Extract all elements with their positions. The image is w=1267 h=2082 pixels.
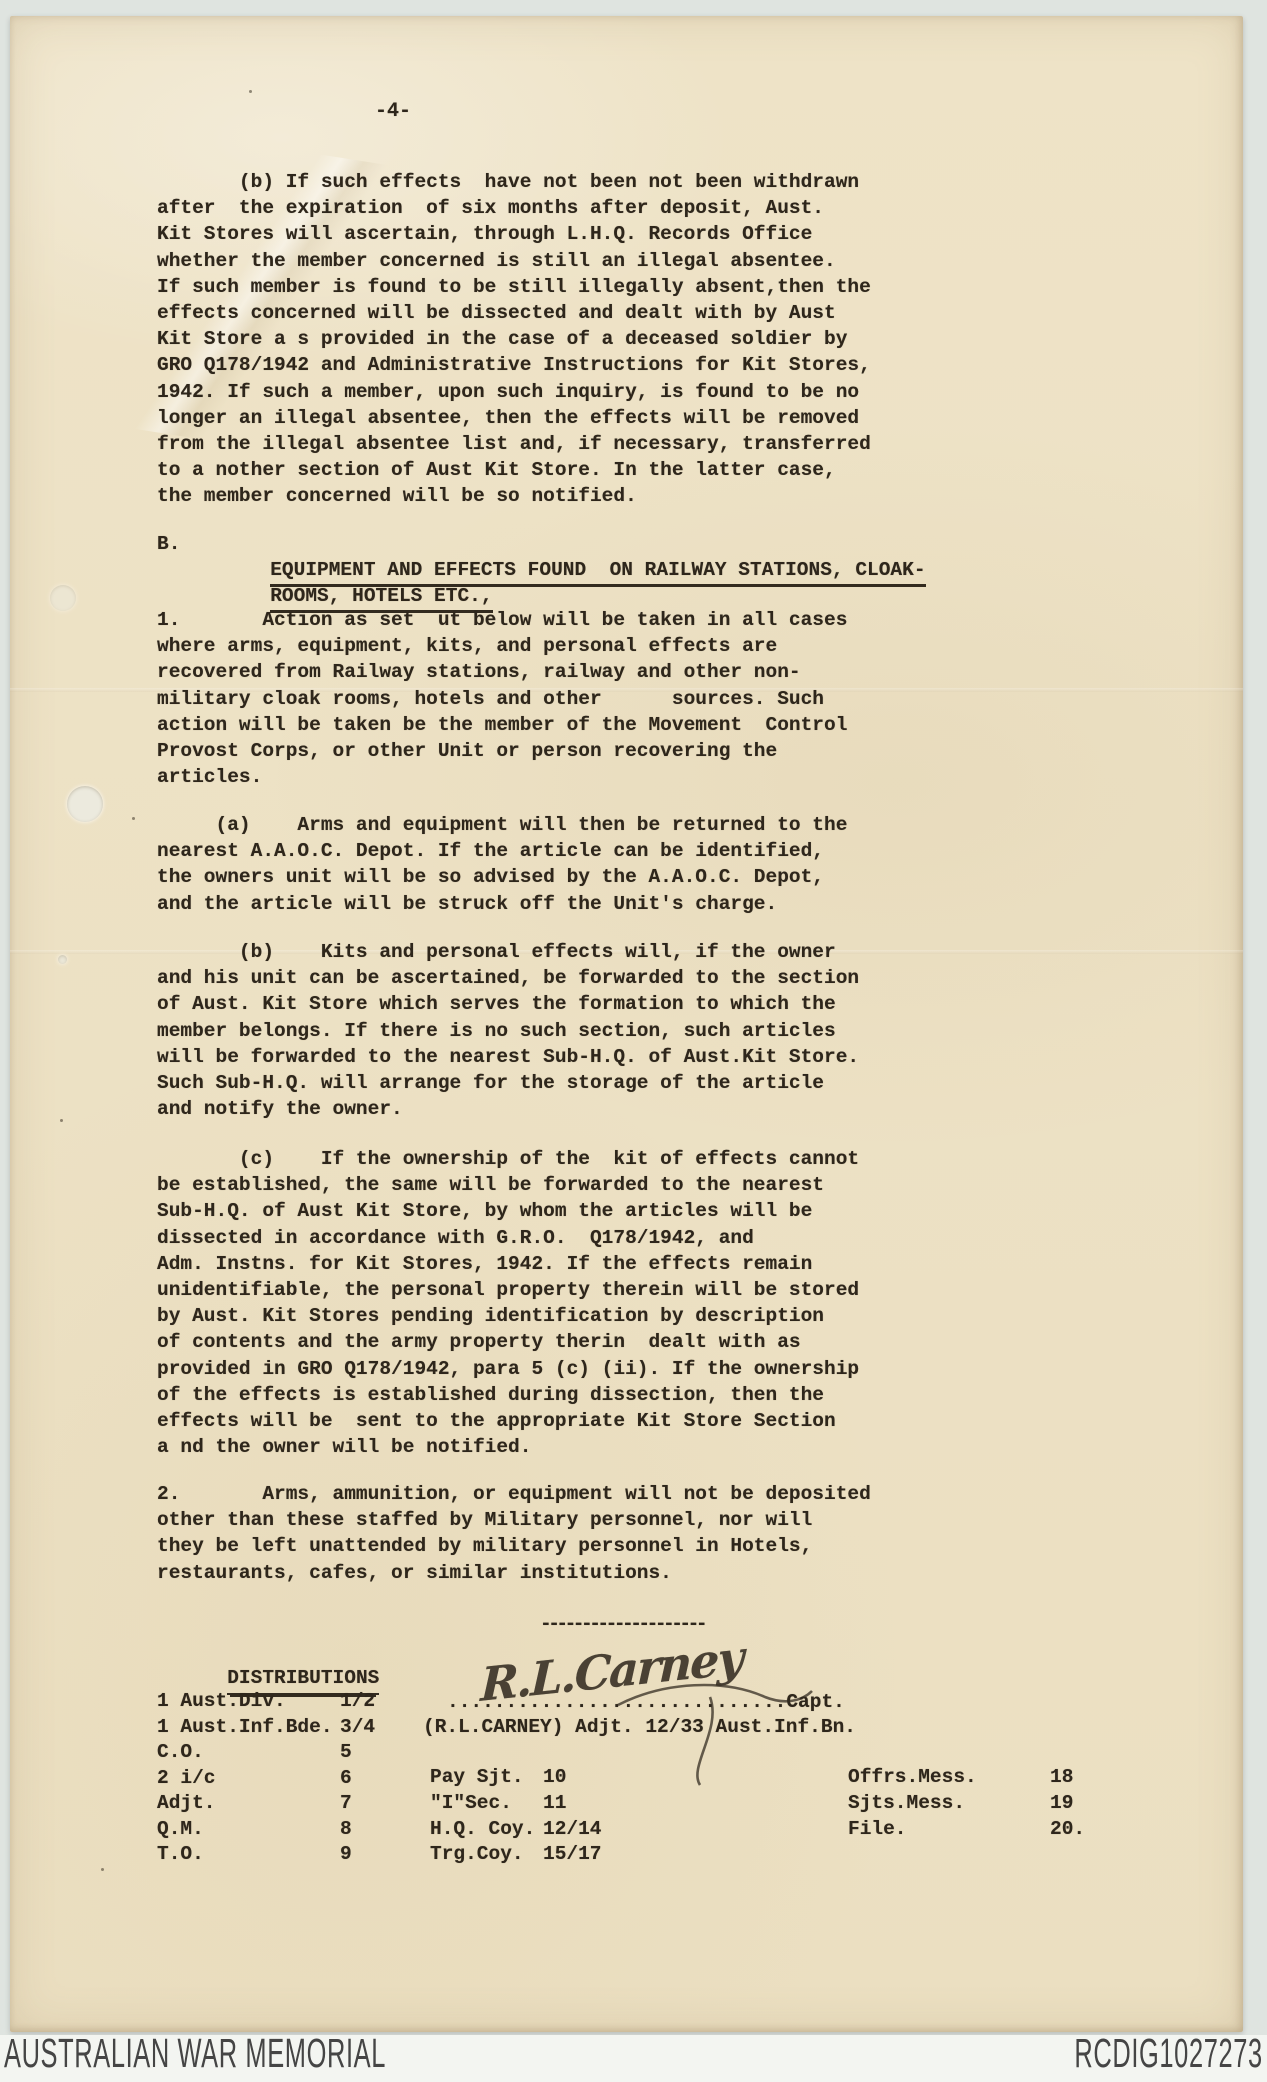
dist-copies: 11 bbox=[543, 1791, 848, 1817]
dist-label: Offrs.Mess. bbox=[848, 1765, 1050, 1791]
dist-copies: 20. bbox=[1050, 1817, 1130, 1843]
paragraph-a-arms-equipment: (a) Arms and equipment will then be retu… bbox=[157, 812, 847, 917]
dist-label: 1 Aust.Inf.Bde. bbox=[157, 1715, 340, 1741]
paper-speck bbox=[132, 817, 135, 820]
punch-hole bbox=[58, 955, 67, 964]
archive-reference-id: RCDIG1027273 bbox=[1075, 2030, 1263, 2077]
dist-copies: 5 bbox=[340, 1740, 460, 1766]
signature-name-line: (R.L.CARNEY) Adjt. 12/33 Aust.Inf.Bn. bbox=[423, 1714, 856, 1740]
paragraph-1-action: 1. Action as set ut below will be taken … bbox=[157, 607, 847, 790]
dist-label bbox=[848, 1842, 1050, 1868]
dist-label: H.Q. Coy. bbox=[430, 1817, 543, 1843]
paragraph-b-effects-withdrawn: (b) If such effects have not been not be… bbox=[157, 169, 871, 510]
paper-speck bbox=[101, 1868, 104, 1871]
dist-label: Trg.Coy. bbox=[430, 1842, 543, 1868]
archive-institution-label: AUSTRALIAN WAR MEMORIAL bbox=[4, 2030, 386, 2077]
separator-dashes: -------------------- bbox=[540, 1611, 704, 1637]
dist-copies: 1/2 bbox=[340, 1689, 460, 1715]
paper-speck bbox=[60, 1119, 63, 1122]
distribution-right-table: Pay Sjt. 10 Offrs.Mess. 18 "I"Sec. 11 Sj… bbox=[430, 1765, 1130, 1868]
paper-speck bbox=[249, 90, 252, 93]
paragraph-2-arms-ammunition: 2. Arms, ammunition, or equipment will n… bbox=[157, 1481, 871, 1586]
dist-label: T.O. bbox=[157, 1842, 340, 1868]
dist-label: 1 Aust.Div. bbox=[157, 1689, 340, 1715]
punch-hole bbox=[50, 585, 76, 611]
distribution-left-table: 1 Aust.Div. 1/2 1 Aust.Inf.Bde. 3/4 C.O.… bbox=[157, 1689, 460, 1868]
dist-copies: 3/4 bbox=[340, 1715, 460, 1741]
dist-label: C.O. bbox=[157, 1740, 340, 1766]
section-b-label: B. bbox=[157, 531, 180, 557]
punch-hole bbox=[67, 786, 103, 822]
document-page: -4- (b) If such effects have not been no… bbox=[10, 16, 1243, 2032]
dist-label: Sjts.Mess. bbox=[848, 1791, 1050, 1817]
scan-background: -4- (b) If such effects have not been no… bbox=[0, 0, 1267, 2082]
dist-label: Pay Sjt. bbox=[430, 1765, 543, 1791]
dist-label: Q.M. bbox=[157, 1817, 340, 1843]
page-number: -4- bbox=[375, 99, 411, 125]
dist-copies bbox=[1050, 1842, 1130, 1868]
dist-label: "I"Sec. bbox=[430, 1791, 543, 1817]
paragraph-c-ownership: (c) If the ownership of the kit of effec… bbox=[157, 1146, 859, 1460]
dist-copies: 19 bbox=[1050, 1791, 1130, 1817]
paragraph-b-kits-effects: (b) Kits and personal effects will, if t… bbox=[157, 939, 859, 1122]
dist-label: File. bbox=[848, 1817, 1050, 1843]
dist-label: 2 i/c bbox=[157, 1766, 340, 1792]
dist-label: Adjt. bbox=[157, 1791, 340, 1817]
dist-copies: 15/17 bbox=[543, 1842, 848, 1868]
dist-copies: 12/14 bbox=[543, 1817, 848, 1843]
archive-footer-bar: AUSTRALIAN WAR MEMORIAL RCDIG1027273 bbox=[0, 2035, 1267, 2082]
dist-copies: 18 bbox=[1050, 1765, 1130, 1791]
dist-copies: 10 bbox=[543, 1765, 848, 1791]
